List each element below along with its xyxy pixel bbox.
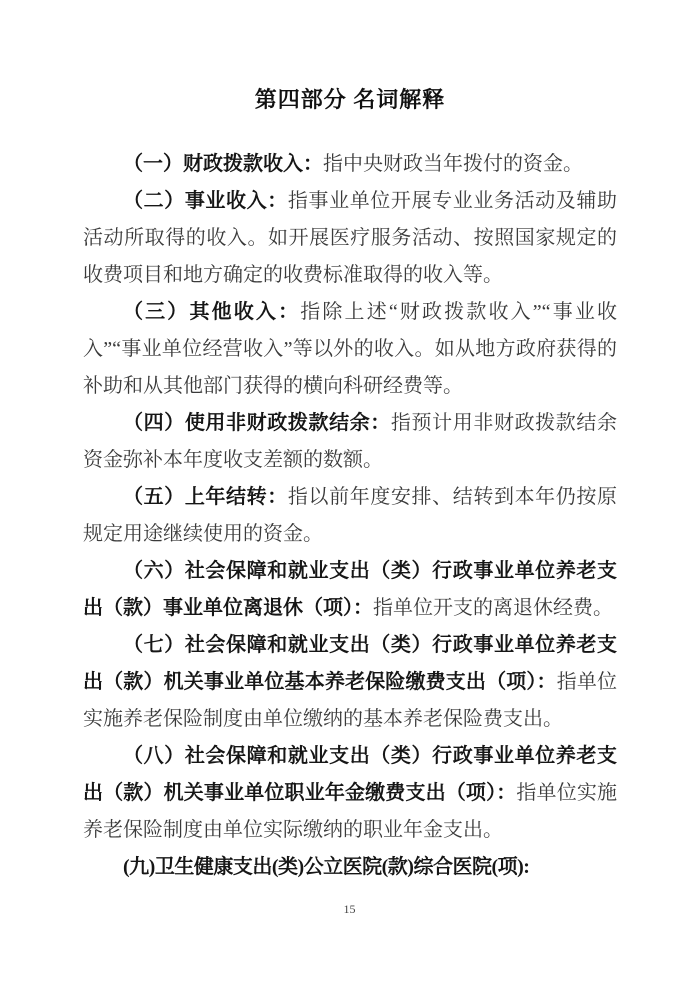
term-definition-6: 指单位开支的离退休经费。 (373, 597, 613, 619)
glossary-paragraph-6: （六）社会保障和就业支出（类）行政事业单位养老支出（款）事业单位离退休（项）：指… (83, 553, 617, 627)
page-number: 15 (0, 902, 699, 917)
term-label-7: （七）社会保障和就业支出（类）行政事业单位养老支出（款）机关事业单位基本养老保险… (83, 634, 617, 693)
glossary-paragraph-1: （一）财政拨款收入：指中央财政当年拨付的资金。 (83, 146, 617, 183)
glossary-paragraph-2: （二）事业收入：指事业单位开展专业业务活动及辅助活动所取得的收入。如开展医疗服务… (83, 183, 617, 294)
term-label-1: （一）财政拨款收入： (123, 153, 323, 175)
glossary-paragraph-3: （三）其他收入：指除上述“财政拨款收入”“事业收入”“事业单位经营收入”等以外的… (83, 294, 617, 405)
term-label-9: (九)卫生健康支出(类)公立医院(款)综合医院(项): (123, 856, 529, 878)
term-label-4: （四）使用非财政拨款结余： (123, 412, 391, 434)
term-label-3: （三）其他收入： (123, 301, 300, 323)
term-definition-1: 指中央财政当年拨付的资金。 (323, 153, 583, 175)
glossary-paragraph-9: (九)卫生健康支出(类)公立医院(款)综合医院(项): (83, 849, 617, 886)
term-label-5: （五）上年结转： (123, 486, 288, 508)
term-label-2: （二）事业收入： (123, 190, 288, 212)
document-content: 第四部分 名词解释 （一）财政拨款收入：指中央财政当年拨付的资金。 （二）事业收… (83, 85, 617, 886)
page-title: 第四部分 名词解释 (83, 85, 617, 115)
glossary-paragraph-8: （八）社会保障和就业支出（类）行政事业单位养老支出（款）机关事业单位职业年金缴费… (83, 738, 617, 849)
glossary-paragraph-4: （四）使用非财政拨款结余：指预计用非财政拨款结余资金弥补本年度收支差额的数额。 (83, 405, 617, 479)
document-page: 第四部分 名词解释 （一）财政拨款收入：指中央财政当年拨付的资金。 （二）事业收… (0, 0, 699, 990)
glossary-paragraph-5: （五）上年结转：指以前年度安排、结转到本年仍按原规定用途继续使用的资金。 (83, 479, 617, 553)
glossary-paragraph-7: （七）社会保障和就业支出（类）行政事业单位养老支出（款）机关事业单位基本养老保险… (83, 627, 617, 738)
